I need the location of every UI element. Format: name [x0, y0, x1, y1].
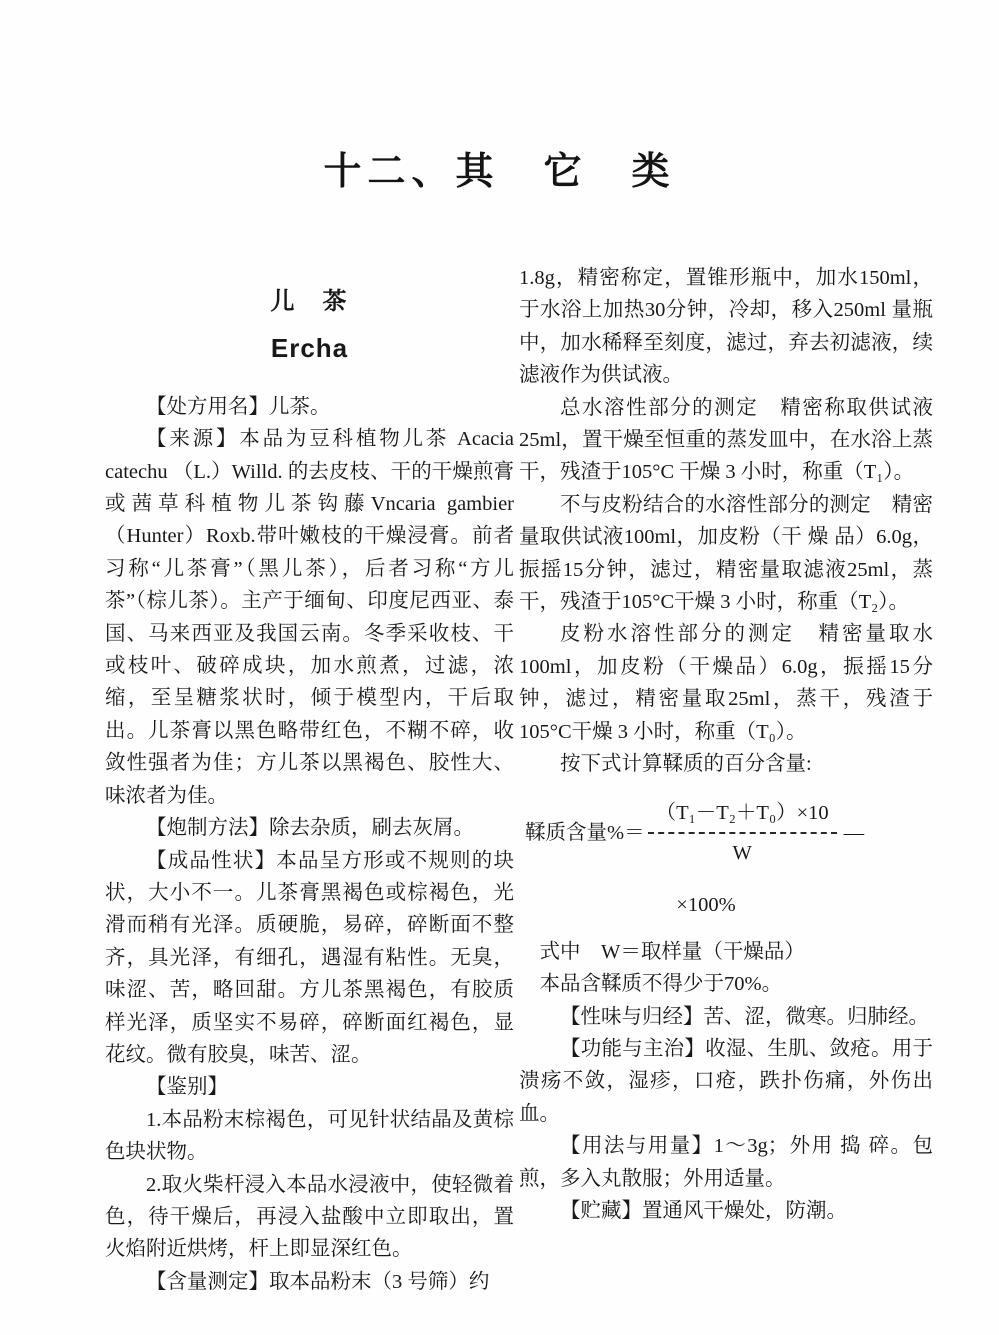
para-function-indication: 【功能与主治】收湿、生肌、敛疮。用于溃疡不敛，湿疹，口疮，跌扑伤痛，外伤出血。 [519, 1033, 933, 1130]
para-storage: 【贮藏】置通风干燥处，防潮。 [519, 1195, 933, 1227]
para-prescription-name: 【处方用名】儿茶。 [105, 391, 514, 423]
formula-fraction: （T₁－T₂＋T₀）×10 W [648, 797, 837, 870]
drug-name-pinyin: Ercha [105, 332, 514, 364]
formula-lhs: 鞣质含量%＝ [525, 817, 645, 849]
para-tannin-minimum: 本品含鞣质不得少于70%。 [519, 968, 933, 1000]
para-product-properties: 【成品性状】本品呈方形或不规则的块状，大小不一。儿茶膏黑褐色或棕褐色，光滑而稍有… [105, 845, 514, 1072]
para-property-meridian: 【性味与归经】苦、涩，微寒。归肺经。 [519, 1001, 933, 1033]
para-assay-continued: 1.8g，精密称定，置锥形瓶中，加水150ml，于水浴上加热30分钟，冷却，移入… [519, 262, 933, 392]
para-assay-heading: 【含量测定】取本品粉末（3 号筛）约 [105, 1266, 514, 1298]
para-total-water-soluble: 总水溶性部分的测定 精密称取供试液25ml，置干燥至恒重的蒸发皿中，在水浴上蒸干… [519, 392, 933, 489]
chapter-title: 十二、其 它 类 [0, 140, 999, 195]
formula-continuation-dash: — [844, 817, 865, 849]
para-unbound-water-soluble: 不与皮粉结合的水溶性部分的测定 精密量取供试液100ml，加皮粉（干 燥 品）6… [519, 489, 933, 619]
scanned-document-page: 十二、其 它 类 儿 茶 Ercha 【处方用名】儿茶。 【来源】本品为豆科植物… [0, 0, 999, 1335]
para-identification-heading: 【鉴别】 [105, 1071, 514, 1103]
para-identification-item-1: 1.本品粉末棕褐色，可见针状结晶及黄棕色块状物。 [105, 1104, 514, 1169]
para-identification-item-2: 2.取火柴杆浸入本品水浸液中，使轻微着色，待干燥后，再浸入盐酸中立即取出，置火焰… [105, 1169, 514, 1266]
para-source: 【来源】本品为豆科植物儿茶 Acacia catechu （L.）Willd. … [105, 423, 514, 812]
tannin-content-formula: 鞣质含量%＝ （T₁－T₂＋T₀）×10 W — [525, 797, 933, 870]
para-processing-method: 【炮制方法】除去杂质，刷去灰屑。 [105, 812, 514, 844]
para-calculation-intro: 按下式计算鞣质的百分含量: [519, 748, 933, 780]
para-usage-dosage: 【用法与用量】1～3g；外用 捣 碎。包煎，多入丸散服；外用适量。 [519, 1130, 933, 1195]
left-column: 儿 茶 Ercha 【处方用名】儿茶。 【来源】本品为豆科植物儿茶 Acacia… [105, 280, 514, 1298]
formula-denominator: W [732, 834, 751, 869]
formula-times-100: ×100% [519, 889, 893, 921]
drug-name-chinese: 儿 茶 [105, 286, 514, 318]
para-hide-powder-soluble: 皮粉水溶性部分的测定 精密量取水100ml，加皮粉（干燥品）6.0g，振摇15分… [519, 618, 933, 748]
right-column: 1.8g，精密称定，置锥形瓶中，加水150ml，于水浴上加热30分钟，冷却，移入… [519, 262, 933, 1227]
formula-numerator: （T₁－T₂＋T₀）×10 [648, 797, 837, 834]
para-formula-legend: 式中 W＝取样量（干燥品） [519, 936, 933, 968]
